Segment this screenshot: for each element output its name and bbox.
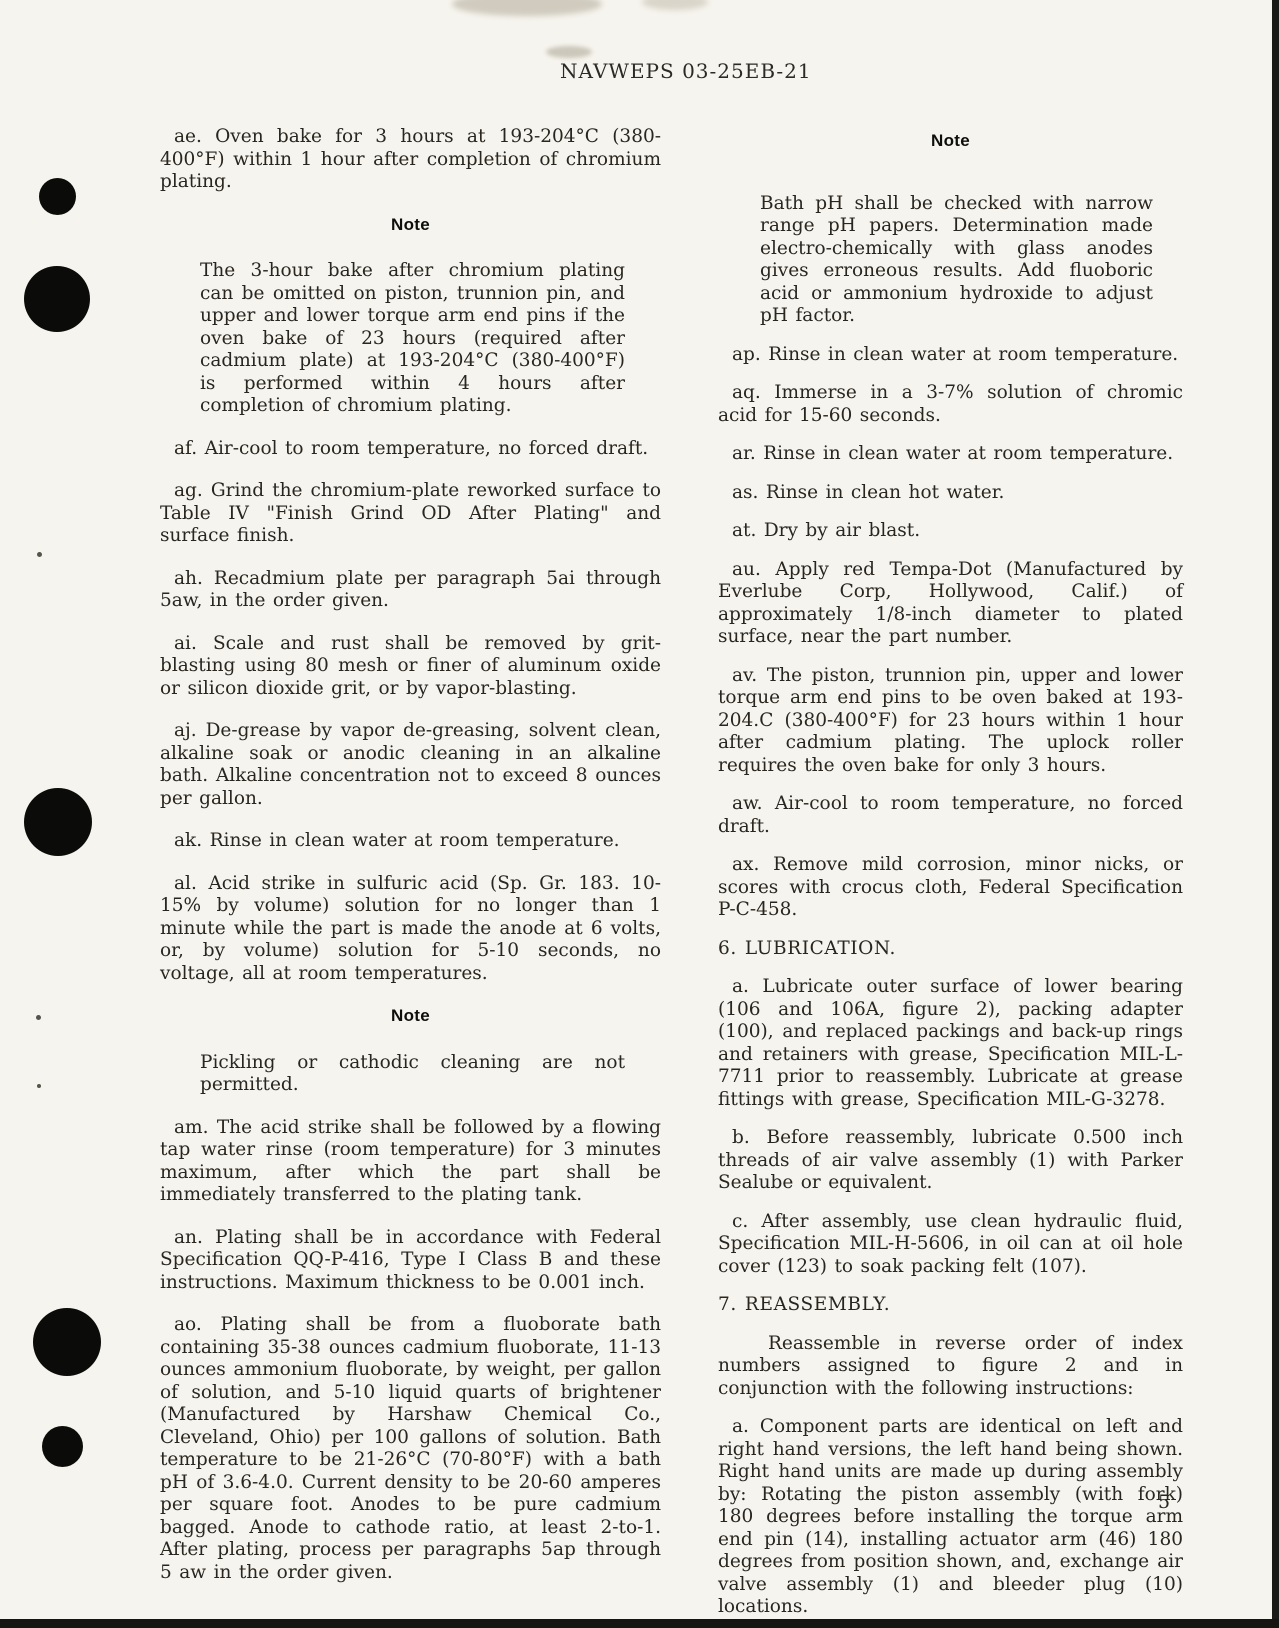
paragraph: av. The piston, trunnion pin, upper and …: [718, 665, 1183, 778]
paragraph: ao. Plating shall be from a fluoborate b…: [160, 1314, 661, 1584]
paragraph: as. Rinse in clean hot water.: [718, 482, 1183, 505]
scan-smudge: [452, 0, 602, 16]
section-heading: 7. REASSEMBLY.: [718, 1294, 1183, 1317]
paragraph: ar. Rinse in clean water at room tempera…: [718, 443, 1183, 466]
paragraph: ai. Scale and rust shall be removed by g…: [160, 633, 661, 701]
page-edge-shadow-right: [1272, 0, 1279, 1628]
note-heading: Note: [160, 1005, 661, 1028]
section-heading: 6. LUBRICATION.: [718, 938, 1183, 961]
note-body: Bath pH shall be checked with narrow ran…: [760, 193, 1153, 328]
scan-smudge: [642, 0, 708, 10]
note-heading: Note: [718, 130, 1183, 153]
scan-smudge: [546, 46, 592, 58]
paragraph: ap. Rinse in clean water at room tempera…: [718, 344, 1183, 367]
note-body: Pickling or cathodic cleaning are not pe…: [200, 1052, 625, 1097]
paragraph: au. Apply red Tempa-Dot (Manufactured by…: [718, 559, 1183, 649]
paragraph: a. Component parts are identical on left…: [718, 1416, 1183, 1619]
paragraph: al. Acid strike in sulfuric acid (Sp. Gr…: [160, 873, 661, 986]
ink-speck: [37, 1084, 41, 1088]
paragraph: ag. Grind the chromium-plate reworked su…: [160, 480, 661, 548]
paragraph: am. The acid strike shall be followed by…: [160, 1117, 661, 1207]
right-column: NoteBath pH shall be checked with narrow…: [718, 126, 1183, 1628]
ink-speck: [37, 552, 42, 557]
punch-hole-mark: [24, 266, 90, 332]
punch-hole-mark: [42, 1426, 83, 1467]
note-heading: Note: [160, 214, 661, 237]
punch-hole-mark: [24, 788, 92, 856]
punch-hole-mark: [33, 1308, 101, 1376]
page-edge-shadow-bottom: [0, 1619, 1279, 1628]
paragraph: an. Plating shall be in accordance with …: [160, 1227, 661, 1295]
note-body: The 3-hour bake after chromium plating c…: [200, 260, 625, 418]
paragraph: aj. De-grease by vapor de-greasing, solv…: [160, 720, 661, 810]
ink-speck: [36, 1015, 41, 1020]
paragraph: ak. Rinse in clean water at room tempera…: [160, 830, 661, 853]
paragraph: b. Before reassembly, lubricate 0.500 in…: [718, 1127, 1183, 1195]
left-column: ae. Oven bake for 3 hours at 193-204°C (…: [160, 126, 661, 1604]
paragraph: a. Lubricate outer surface of lower bear…: [718, 976, 1183, 1111]
paragraph: ae. Oven bake for 3 hours at 193-204°C (…: [160, 126, 661, 194]
paragraph: aw. Air-cool to room temperature, no for…: [718, 793, 1183, 838]
punch-hole-mark: [39, 178, 76, 215]
paragraph: Reassemble in reverse order of index num…: [718, 1333, 1183, 1401]
paragraph: ah. Recadmium plate per paragraph 5ai th…: [160, 568, 661, 613]
document-number: NAVWEPS 03-25EB-21: [560, 59, 812, 83]
page-number: 5: [1158, 1491, 1170, 1513]
paragraph: ax. Remove mild corrosion, minor nicks, …: [718, 854, 1183, 922]
paragraph: at. Dry by air blast.: [718, 520, 1183, 543]
paragraph: aq. Immerse in a 3-7% solution of chromi…: [718, 382, 1183, 427]
paragraph: af. Air-cool to room temperature, no for…: [160, 438, 661, 461]
paragraph: c. After assembly, use clean hydraulic f…: [718, 1211, 1183, 1279]
